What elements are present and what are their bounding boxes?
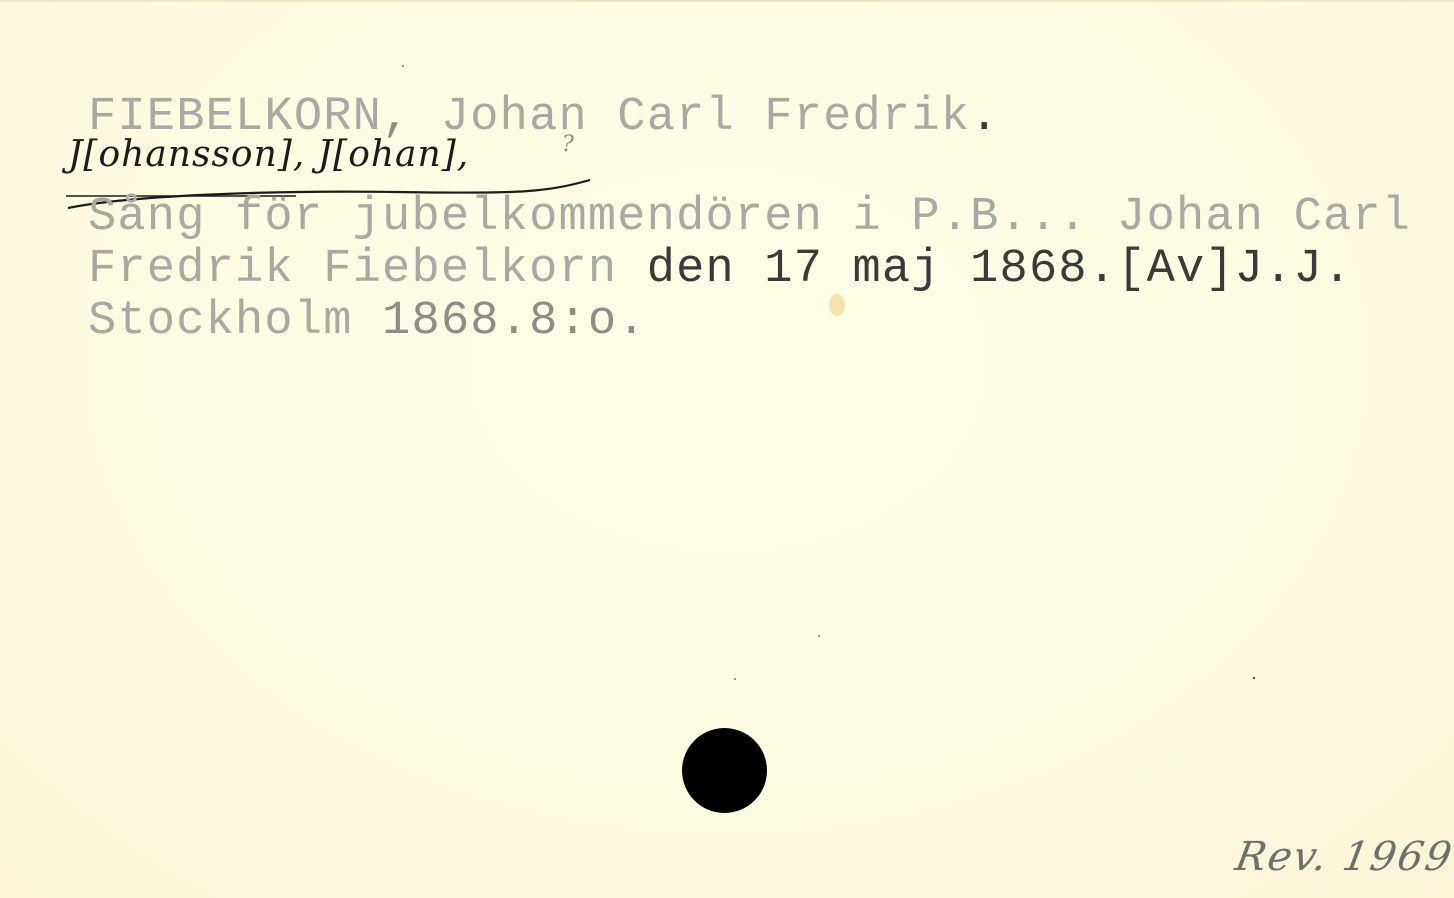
imprint-place: Stockholm: [88, 295, 353, 348]
imprint-format: .8:o.: [500, 295, 647, 348]
title-line-2-faded: Fredrik Fiebelkorn: [88, 243, 647, 296]
title-line-1: Sång för jubelkommendören i P.B... Johan…: [88, 192, 1411, 244]
paper-stain: [829, 294, 845, 316]
paper-speck: [734, 678, 736, 680]
heading-given-names: Johan Carl Fredrik: [441, 91, 970, 144]
paper-speck: [1253, 677, 1255, 679]
paper-speck: [818, 635, 820, 637]
revision-note: Rev. 1969: [1232, 834, 1454, 880]
imprint-year: 1868: [382, 295, 500, 348]
handwritten-query-mark: ?: [562, 132, 574, 157]
title-line-2-dark: den 17 maj 1868.[Av]J.J.: [647, 243, 1353, 296]
imprint-line: Stockholm 1868.8:o.: [88, 296, 647, 348]
paper-speck: [402, 65, 404, 67]
title-line-2: Fredrik Fiebelkorn den 17 maj 1868.[Av]J…: [88, 244, 1352, 296]
catalog-card: FIEBELKORN, Johan Carl Fredrik. J[ohanss…: [0, 0, 1454, 898]
punch-hole: [682, 728, 767, 813]
heading-terminal: .: [970, 91, 999, 144]
